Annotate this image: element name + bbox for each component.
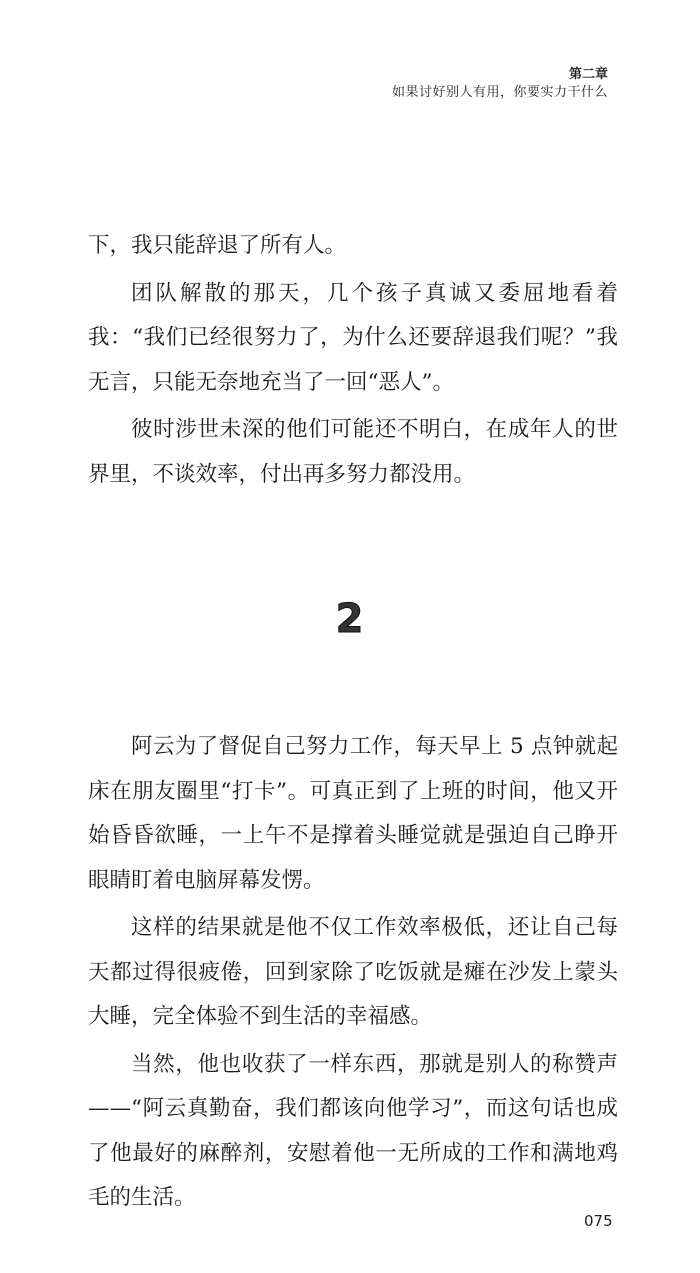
- paragraph: 当然，他也收获了一样东西，那就是别人的称赞声——“阿云真勤奋，我们都该向他学习”…: [88, 1043, 618, 1221]
- paragraph: 团队解散的那天，几个孩子真诚又委屈地看着我：“我们已经很努力了，为什么还要辞退我…: [88, 272, 618, 406]
- page-number: 075: [584, 1212, 613, 1230]
- paragraph: 这样的结果就是他不仅工作效率极低，还让自己每天都过得很疲倦，回到家除了吃饭就是瘫…: [88, 906, 618, 1040]
- section-1-body: 下，我只能辞退了所有人。 团队解散的那天，几个孩子真诚又委屈地看着我：“我们已经…: [88, 224, 618, 500]
- running-head: 第二章 如果讨好别人有用，你要实力干什么: [392, 66, 608, 102]
- chapter-label: 第二章: [392, 66, 608, 84]
- section-number: 2: [0, 596, 700, 642]
- paragraph: 下，我只能辞退了所有人。: [88, 224, 618, 269]
- paragraph: 阿云为了督促自己努力工作，每天早上 5 点钟就起床在朋友圈里“打卡”。可真正到了…: [88, 725, 618, 903]
- paragraph: 彼时涉世未深的他们可能还不明白，在成年人的世界里，不谈效率，付出再多努力都没用。: [88, 408, 618, 497]
- section-2-body: 阿云为了督促自己努力工作，每天早上 5 点钟就起床在朋友圈里“打卡”。可真正到了…: [88, 725, 618, 1224]
- chapter-title: 如果讨好别人有用，你要实力干什么: [392, 84, 608, 102]
